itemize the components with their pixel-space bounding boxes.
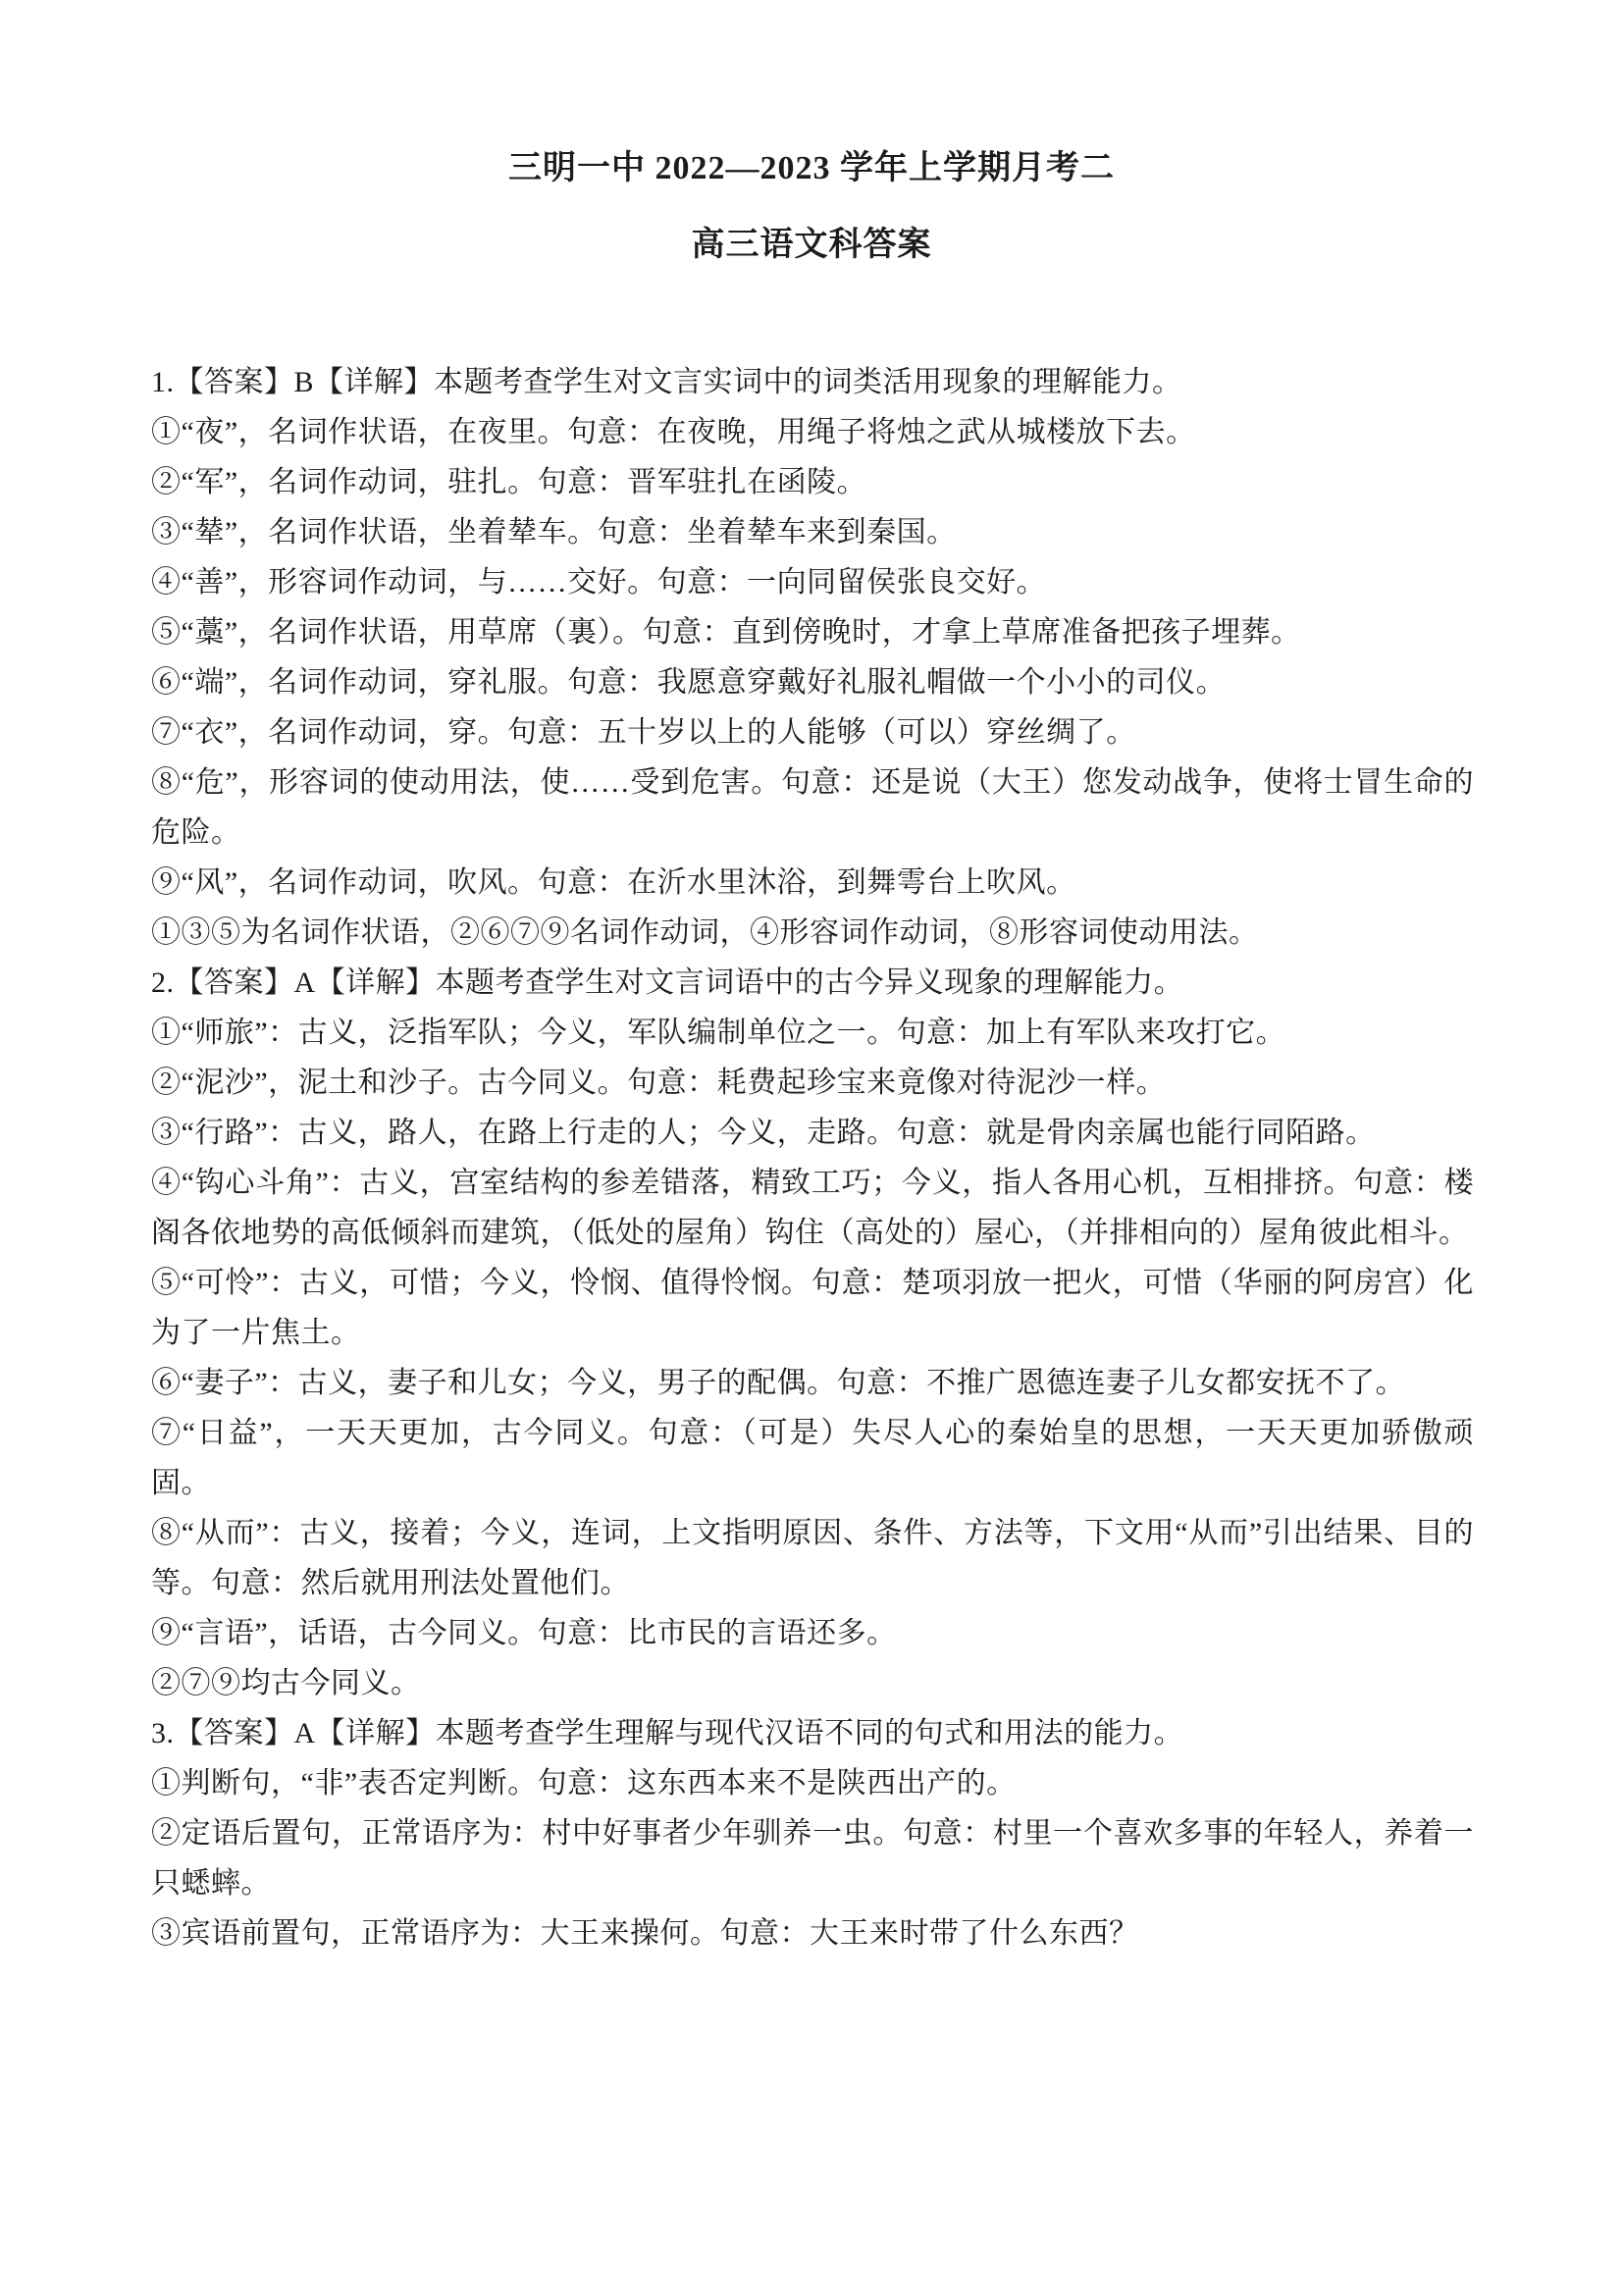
paragraph-q1-item1: ①“夜”，名词作状语，在夜里。句意：在夜晚，用绳子将烛之武从城楼放下去。 <box>151 407 1474 457</box>
paragraph-q1-item8: ⑧“危”，形容词的使动用法，使……受到危害。句意：还是说（大王）您发动战争，使将… <box>151 757 1474 858</box>
paragraph-q2-item5: ⑤“可怜”：古义，可惜；今义，怜悯、值得怜悯。句意：楚项羽放一把火，可惜（华丽的… <box>151 1258 1474 1358</box>
paragraph-q3-item2: ②定语后置句，正常语序为：村中好事者少年驯养一虫。句意：村里一个喜欢多事的年轻人… <box>151 1808 1474 1908</box>
paragraph-q1-item7: ⑦“衣”，名词作动词，穿。句意：五十岁以上的人能够（可以）穿丝绸了。 <box>151 707 1474 757</box>
paragraph-q2-item7: ⑦“日益”，一天天更加，古今同义。句意：（可是）失尽人心的秦始皇的思想，一天天更… <box>151 1408 1474 1508</box>
document-page: 三明一中 2022—2023 学年上学期月考二 高三语文科答案 1.【答案】B【… <box>0 0 1623 2296</box>
paragraph-q1-header: 1.【答案】B【详解】本题考查学生对文言实词中的词类活用现象的理解能力。 <box>151 357 1474 407</box>
paragraph-q3-item3: ③宾语前置句，正常语序为：大王来操何。句意：大王来时带了什么东西？ <box>151 1908 1474 1958</box>
paragraph-q1-item4: ④“善”，形容词作动词，与……交好。句意：一向同留侯张良交好。 <box>151 557 1474 607</box>
paragraph-q2-item3: ③“行路”：古义，路人，在路上行走的人；今义，走路。句意：就是骨肉亲属也能行同陌… <box>151 1108 1474 1158</box>
paragraph-q1-item2: ②“军”，名词作动词，驻扎。句意：晋军驻扎在函陵。 <box>151 457 1474 507</box>
paragraph-q1-item6: ⑥“端”，名词作动词，穿礼服。句意：我愿意穿戴好礼服礼帽做一个小小的司仪。 <box>151 657 1474 707</box>
paragraph-q2-item2: ②“泥沙”，泥土和沙子。古今同义。句意：耗费起珍宝来竟像对待泥沙一样。 <box>151 1058 1474 1108</box>
paragraph-q2-item9: ⑨“言语”，话语，古今同义。句意：比市民的言语还多。 <box>151 1608 1474 1658</box>
paragraph-q2-item8: ⑧“从而”：古义，接着；今义，连词，上文指明原因、条件、方法等，下文用“从而”引… <box>151 1508 1474 1608</box>
paragraph-q1-item3: ③“辇”，名词作状语，坐着辇车。句意：坐着辇车来到秦国。 <box>151 507 1474 557</box>
paragraph-q3-header: 3.【答案】A【详解】本题考查学生理解与现代汉语不同的句式和用法的能力。 <box>151 1708 1474 1758</box>
paragraph-q2-summary: ②⑦⑨均古今同义。 <box>151 1658 1474 1708</box>
paragraph-q2-item4: ④“钩心斗角”：古义，宫室结构的参差错落，精致工巧；今义，指人各用心机，互相排挤… <box>151 1158 1474 1258</box>
paragraph-q1-summary: ①③⑤为名词作状语，②⑥⑦⑨名词作动词，④形容词作动词，⑧形容词使动用法。 <box>151 908 1474 958</box>
paragraph-q1-item5: ⑤“藁”，名词作状语，用草席（裏）。句意：直到傍晚时，才拿上草席准备把孩子埋葬。 <box>151 607 1474 657</box>
paragraph-q2-item1: ①“师旅”：古义，泛指军队；今义，军队编制单位之一。句意：加上有军队来攻打它。 <box>151 1008 1474 1058</box>
paragraph-q2-item6: ⑥“妻子”：古义，妻子和儿女；今义，男子的配偶。句意：不推广恩德连妻子儿女都安抚… <box>151 1358 1474 1408</box>
paragraph-q1-item9: ⑨“风”，名词作动词，吹风。句意：在沂水里沐浴，到舞雩台上吹风。 <box>151 858 1474 908</box>
answer-body: 1.【答案】B【详解】本题考查学生对文言实词中的词类活用现象的理解能力。 ①“夜… <box>151 357 1474 1958</box>
document-title: 三明一中 2022—2023 学年上学期月考二 <box>0 147 1623 190</box>
document-subtitle: 高三语文科答案 <box>0 224 1623 267</box>
paragraph-q2-header: 2.【答案】A【详解】本题考查学生对文言词语中的古今异义现象的理解能力。 <box>151 958 1474 1008</box>
paragraph-q3-item1: ①判断句，“非”表否定判断。句意：这东西本来不是陕西出产的。 <box>151 1758 1474 1808</box>
